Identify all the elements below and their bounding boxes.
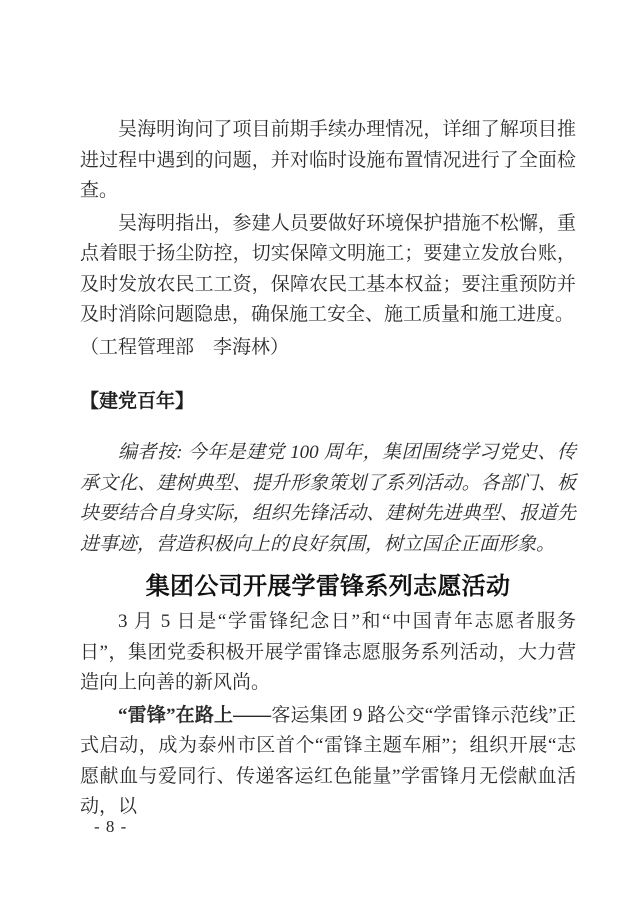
paragraph-leifeng-on-the-road: “雷锋”在路上——客运集团 9 路公交“学雷锋示范线”正式启动，成为泰州市区首个… [80,701,576,823]
paragraph-project-inspection: 吴海明询问了项目前期手续办理情况，详细了解项目推进过程中遇到的问题，并对临时设施… [80,115,576,207]
section-header-party-centenary: 【建党百年】 [80,387,576,417]
editor-note: 编者按: 今年是建党 100 周年，集团围绕学习党史、传承文化、建树典型、提升形… [80,438,576,560]
article-title-leifeng-activities: 集团公司开展学雷锋系列志愿活动 [80,569,576,605]
paragraph-safety-requirements: 吴海明指出，参建人员要做好环境保护措施不松懈，重点着眼于扬尘防控，切实保障文明施… [80,209,576,331]
article-attribution: （工程管理部 李海林） [80,333,576,364]
page-content: 吴海明询问了项目前期手续办理情况，详细了解项目推进过程中遇到的问题，并对临时设施… [80,113,576,823]
document-page: 吴海明询问了项目前期手续办理情况，详细了解项目推进过程中遇到的问题，并对临时设施… [0,0,636,900]
paragraph-lead-bold: “雷锋”在路上—— [118,705,271,726]
paragraph-leifeng-intro: 3 月 5 日是“学雷锋纪念日”和“中国青年志愿者服务日”，集团党委积极开展学雷… [80,607,576,699]
page-number: - 8 - [94,816,127,837]
